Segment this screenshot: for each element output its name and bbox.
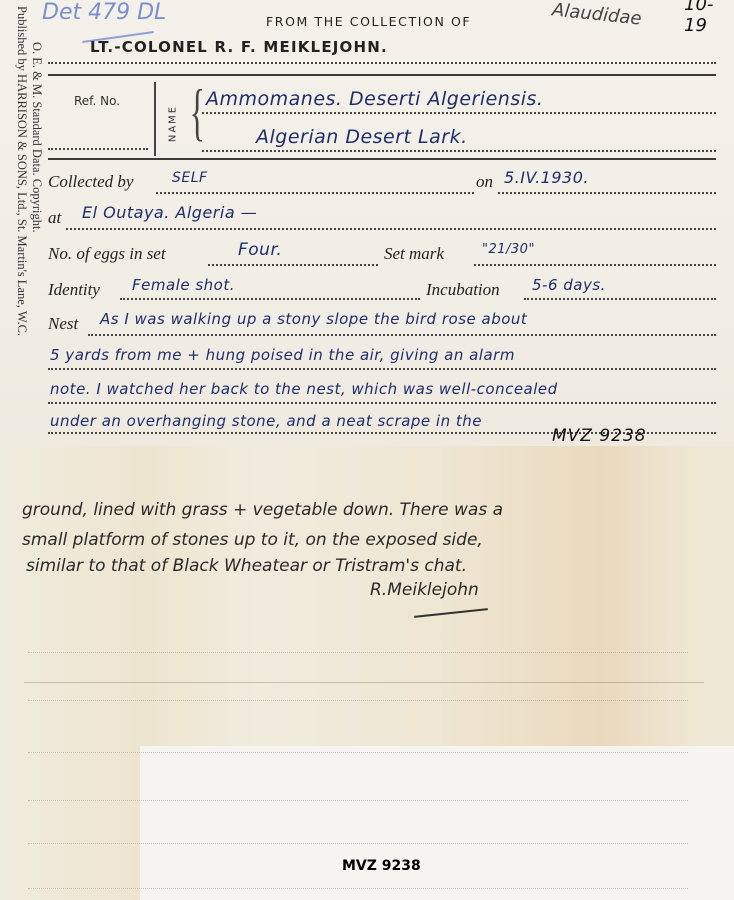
faint-ruled-line bbox=[28, 652, 688, 653]
collected-by-label: Collected by bbox=[48, 172, 133, 192]
faint-ruled-line bbox=[28, 700, 688, 701]
ref-no-label: Ref. No. bbox=[74, 94, 120, 108]
nest-label: Nest bbox=[48, 314, 78, 334]
locality-line bbox=[66, 228, 716, 230]
imprint-line-1: O. E. & M. Standard Data. Copyright. bbox=[29, 6, 44, 436]
nest-note-line-5: ground, lined with grass + vegetable dow… bbox=[22, 500, 503, 520]
locality-value: El Outaya. Algeria — bbox=[82, 203, 257, 222]
locality-label: at bbox=[48, 208, 61, 228]
determination-note: Det 479 DL bbox=[42, 0, 166, 25]
scientific-name: Ammomanes. Deserti Algeriensis. bbox=[206, 88, 543, 110]
collector-signature: R.Meiklejohn bbox=[370, 580, 479, 600]
faint-ruled-line bbox=[28, 888, 688, 889]
nest-line-2 bbox=[48, 368, 716, 370]
dotted-rule bbox=[48, 62, 716, 64]
eggs-line bbox=[208, 264, 378, 266]
set-mark-label: Set mark bbox=[384, 244, 444, 264]
identity-line bbox=[120, 298, 420, 300]
collected-by-value: SELF bbox=[172, 170, 208, 186]
name-line-1 bbox=[202, 112, 716, 114]
paper-strip bbox=[140, 746, 734, 900]
publisher-imprint: O. E. & M. Standard Data. Copyright. Pub… bbox=[8, 6, 44, 436]
common-name: Algerian Desert Lark. bbox=[256, 126, 468, 148]
name-label: NAME bbox=[168, 99, 179, 149]
incubation-line bbox=[524, 298, 716, 300]
date-line bbox=[498, 192, 716, 194]
nest-note-line-7: similar to that of Black Wheatear or Tri… bbox=[26, 556, 467, 576]
set-mark-line bbox=[474, 264, 716, 266]
incubation-label: Incubation bbox=[426, 280, 500, 300]
header-rule bbox=[48, 74, 716, 76]
collection-heading: FROM THE COLLECTION OF bbox=[266, 14, 471, 29]
on-label: on bbox=[476, 172, 493, 192]
faint-ruled-line bbox=[28, 843, 688, 844]
ref-no-field bbox=[48, 148, 148, 150]
faint-rule bbox=[24, 682, 704, 683]
incubation-value: 5-6 days. bbox=[532, 276, 606, 294]
mvz-catalog-stamp: MVZ 9238 bbox=[342, 858, 421, 874]
name-block-rule bbox=[48, 158, 716, 160]
name-line-2 bbox=[202, 150, 716, 152]
nest-note-line-6: small platform of stones up to it, on th… bbox=[22, 530, 483, 550]
eggs-label: No. of eggs in set bbox=[48, 244, 166, 264]
corner-number: 10-19 bbox=[684, 0, 734, 36]
nest-note-line-1: As I was walking up a stony slope the bi… bbox=[100, 310, 527, 328]
faint-ruled-line bbox=[28, 800, 688, 801]
nest-note-line-3: note. I watched her back to the nest, wh… bbox=[50, 380, 558, 398]
identity-label: Identity bbox=[48, 280, 100, 300]
collector-name: LT.-COLONEL R. F. MEIKLEJOHN. bbox=[90, 38, 388, 56]
nest-line-3 bbox=[48, 402, 716, 404]
identity-value: Female shot. bbox=[132, 276, 235, 294]
set-mark-value: "21/30" bbox=[482, 242, 535, 257]
ref-name-divider bbox=[154, 82, 156, 156]
collection-date: 5.IV.1930. bbox=[504, 168, 589, 187]
nest-line-1 bbox=[88, 334, 716, 336]
faint-ruled-line bbox=[28, 752, 688, 753]
nest-note-line-4: under an overhanging stone, and a neat s… bbox=[50, 412, 482, 430]
collected-by-line bbox=[156, 192, 474, 194]
imprint-line-2: Published by HARRISON & SONS, Ltd., St. … bbox=[14, 6, 29, 436]
mvz-catalog-handwritten: MVZ 9238 bbox=[552, 426, 647, 446]
eggs-value: Four. bbox=[238, 240, 282, 260]
nest-note-line-2: 5 yards from me + hung poised in the air… bbox=[50, 346, 515, 364]
